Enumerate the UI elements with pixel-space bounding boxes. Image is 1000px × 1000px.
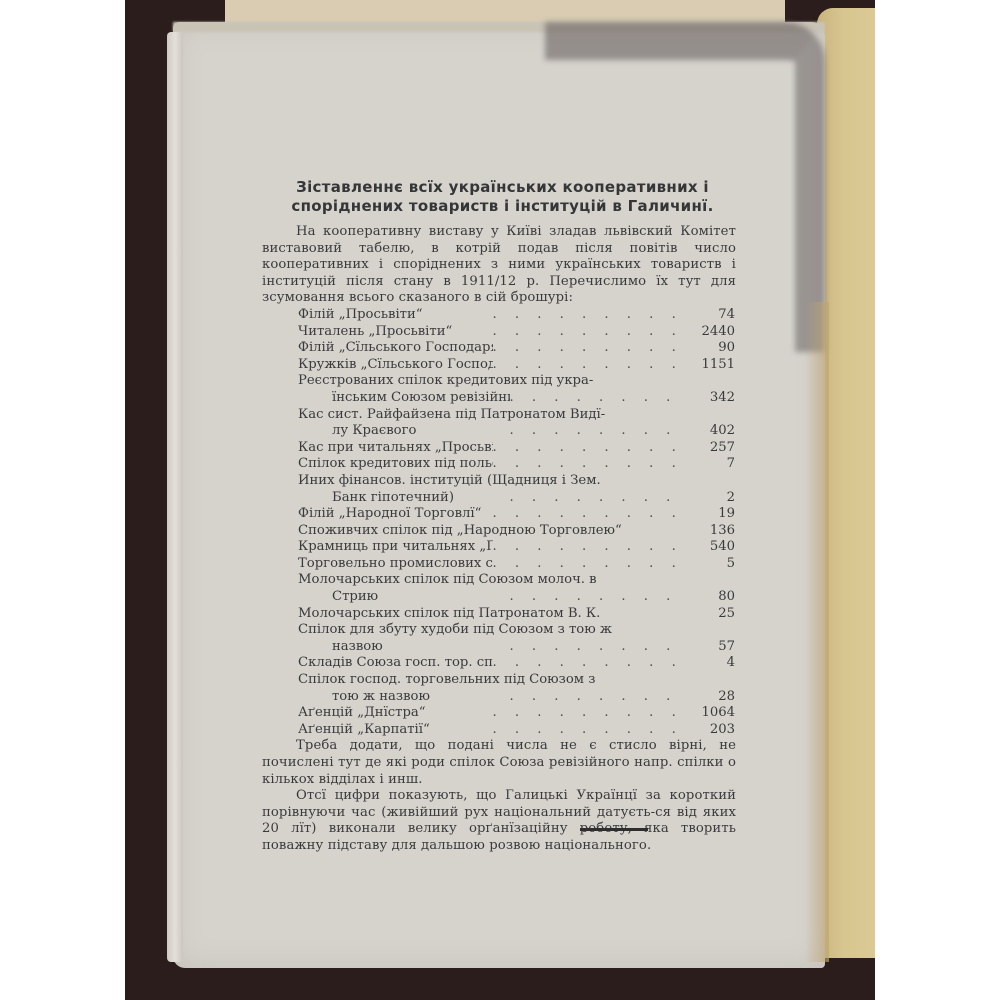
- list-item: Спілок господ. торговельних під Союзом з…: [298, 672, 735, 705]
- list-item: Кас при читальнях „Просьвіти“. . . . . .…: [298, 440, 735, 457]
- entry-label-line2: назвою: [332, 639, 510, 656]
- entry-label: Крамниць при читальнях „Просьвіти“: [298, 539, 493, 556]
- section-divider: [580, 828, 648, 831]
- leader-dots: . . . . . . . . . . . . . . . . . . . .: [493, 556, 688, 573]
- leader-dots: . . . . . . . . . . . . . . . . . . . .: [493, 722, 688, 739]
- entry-label-line1: Молочарських спілок під Союзом молоч. в: [298, 572, 735, 589]
- entry-value: 257: [687, 440, 735, 457]
- entry-value: 7: [687, 456, 735, 473]
- document-title: Зіставленнє всїх українських кооперативн…: [260, 178, 745, 216]
- conclusion-paragraph: Отсї цифри показують, що Галицькі Україн…: [262, 788, 736, 854]
- list-item: Спілок кредитових під польським Союзом. …: [298, 456, 735, 473]
- list-item: Кас сист. Райфайзена під Патронатом Видї…: [298, 407, 735, 440]
- entry-label-line2: Банк гіпотечний): [332, 490, 510, 507]
- leader-dots: . . . . . . . . . . . . . . . . . . . .: [493, 655, 688, 672]
- entry-label-line1: Реєстрованих спілок кредитових під укра-: [298, 373, 735, 390]
- entry-label: Філій „Просьвіти“: [298, 307, 493, 324]
- entry-label-line1: Спілок господ. торговельних під Союзом з: [298, 672, 735, 689]
- leader-dots: . . . . . . . . . . . . . . . . . . . .: [493, 340, 688, 357]
- entry-value: 80: [687, 589, 735, 606]
- entry-label-line2: Стрию: [332, 589, 510, 606]
- entry-label: Кас при читальнях „Просьвіти“: [298, 440, 493, 457]
- entry-value: 57: [687, 639, 735, 656]
- entry-label: Філій „Народної Торговлї“: [298, 506, 493, 523]
- entry-value: 402: [687, 423, 735, 440]
- leader-dots: . . . . . . . . . . . . . . . . . . . .: [510, 490, 688, 507]
- list-item: Споживчих спілок під „Народною Торговлею…: [298, 523, 735, 540]
- entry-label: Торговельно промислових спілок: [298, 556, 493, 573]
- entry-label: Філій „Сїльського Господаря“: [298, 340, 493, 357]
- entry-label-line1: Спілок для збуту худоби під Союзом з тою…: [298, 622, 735, 639]
- leader-dots: . . . . . . . . . . . . . . . . . . . .: [493, 440, 688, 457]
- entry-value: 4: [687, 655, 735, 672]
- entry-value: 19: [687, 506, 735, 523]
- leader-dots: . . . . . . . . . . . . . . . . . . . .: [510, 689, 688, 706]
- entry-value: 2: [687, 490, 735, 507]
- entry-value: 136: [687, 523, 735, 540]
- entry-label: Читалень „Просьвіти“: [298, 324, 493, 341]
- list-item: Складів Союза госп. тор. спілок. . . . .…: [298, 655, 735, 672]
- entry-value: 5: [687, 556, 735, 573]
- entry-value: 203: [687, 722, 735, 739]
- document-content: Зіставленнє всїх українських кооперативн…: [280, 178, 735, 855]
- note-paragraph: Треба додати, що подані числа не є стисл…: [262, 738, 736, 788]
- entry-value: 28: [687, 689, 735, 706]
- entry-label: Кружків „Сїльського Господаря“: [298, 357, 493, 374]
- list-item: Філій „Народної Торговлї“. . . . . . . .…: [298, 506, 735, 523]
- list-item: Молочарських спілок під Патронатом В. К.…: [298, 606, 735, 623]
- list-item: Спілок для збуту худоби під Союзом з тою…: [298, 622, 735, 655]
- entry-value: 74: [687, 307, 735, 324]
- leader-dots: . . . . . . . . . . . . . . . . . . . .: [493, 456, 688, 473]
- list-item: Філій „Просьвіти“. . . . . . . . . . . .…: [298, 307, 735, 324]
- list-item: Торговельно промислових спілок. . . . . …: [298, 556, 735, 573]
- leader-dots: . . . . . . . . . . . . . . . . . . . .: [493, 539, 688, 556]
- entry-value: 1151: [687, 357, 735, 374]
- page-spine-edge: [167, 32, 183, 962]
- statistics-list: Філій „Просьвіти“. . . . . . . . . . . .…: [298, 307, 735, 738]
- list-item: Иних фінансов. інституцій (Щадниця і Зем…: [298, 473, 735, 506]
- leader-dots: . . . . . . . . . . . . . . . . . . . .: [510, 423, 688, 440]
- leader-dots: . . . . . . . . . . . . . . . . . . . .: [493, 357, 688, 374]
- leader-dots: . . . . . . . . . . . . . . . . . . . .: [493, 506, 688, 523]
- leader-dots: . . . . . . . . . . . . . . . . . . . .: [510, 589, 688, 606]
- leader-dots: . . . . . . . . . . . . . . . . . . . .: [493, 307, 688, 324]
- leader-dots: . . . . . . . . . . . . . . . . . . . .: [510, 639, 688, 656]
- intro-paragraph: На кооперативну виставу у Київі зладав л…: [262, 224, 736, 307]
- entry-value: 90: [687, 340, 735, 357]
- list-item: Філій „Сїльського Господаря“. . . . . . …: [298, 340, 735, 357]
- leader-dots: . . . . . . . . . . . . . . . . . . . .: [493, 705, 688, 722]
- list-item: Реєстрованих спілок кредитових під укра-…: [298, 373, 735, 406]
- entry-value: 342: [687, 390, 735, 407]
- entry-value: 540: [687, 539, 735, 556]
- list-item: Аґенцій „Днїстра“. . . . . . . . . . . .…: [298, 705, 735, 722]
- entry-value: 2440: [687, 324, 735, 341]
- list-item: Читалень „Просьвіти“. . . . . . . . . . …: [298, 324, 735, 341]
- entry-label-line1: Иних фінансов. інституцій (Щадниця і Зем…: [298, 473, 735, 490]
- list-item: Кружків „Сїльського Господаря“. . . . . …: [298, 357, 735, 374]
- entry-label: Аґенцій „Карпатії“: [298, 722, 493, 739]
- entry-label: Аґенцій „Днїстра“: [298, 705, 493, 722]
- entry-label-line2: лу Краєвого: [332, 423, 510, 440]
- entry-label: Спілок кредитових під польським Союзом: [298, 456, 493, 473]
- photo-background: Зіставленнє всїх українських кооперативн…: [125, 0, 875, 1000]
- edge-stain: [805, 302, 829, 962]
- list-item: Аґенцій „Карпатії“. . . . . . . . . . . …: [298, 722, 735, 739]
- entry-label: Складів Союза госп. тор. спілок: [298, 655, 493, 672]
- entry-label-line2: тою ж назвою: [332, 689, 510, 706]
- entry-label-line2: їнським Союзом ревізійним: [332, 390, 510, 407]
- list-item: Молочарських спілок під Союзом молоч. в …: [298, 572, 735, 605]
- entry-value: 25: [687, 606, 735, 623]
- list-item: Крамниць при читальнях „Просьвіти“. . . …: [298, 539, 735, 556]
- entry-label: Молочарських спілок під Патронатом В. К.: [298, 606, 687, 623]
- entry-label: Споживчих спілок під „Народною Торговлею…: [298, 523, 687, 540]
- leader-dots: . . . . . . . . . . . . . . . . . . . .: [493, 324, 688, 341]
- leader-dots: . . . . . . . . . . . . . . . . . . . .: [510, 390, 688, 407]
- entry-label-line1: Кас сист. Райфайзена під Патронатом Видї…: [298, 407, 735, 424]
- entry-value: 1064: [687, 705, 735, 722]
